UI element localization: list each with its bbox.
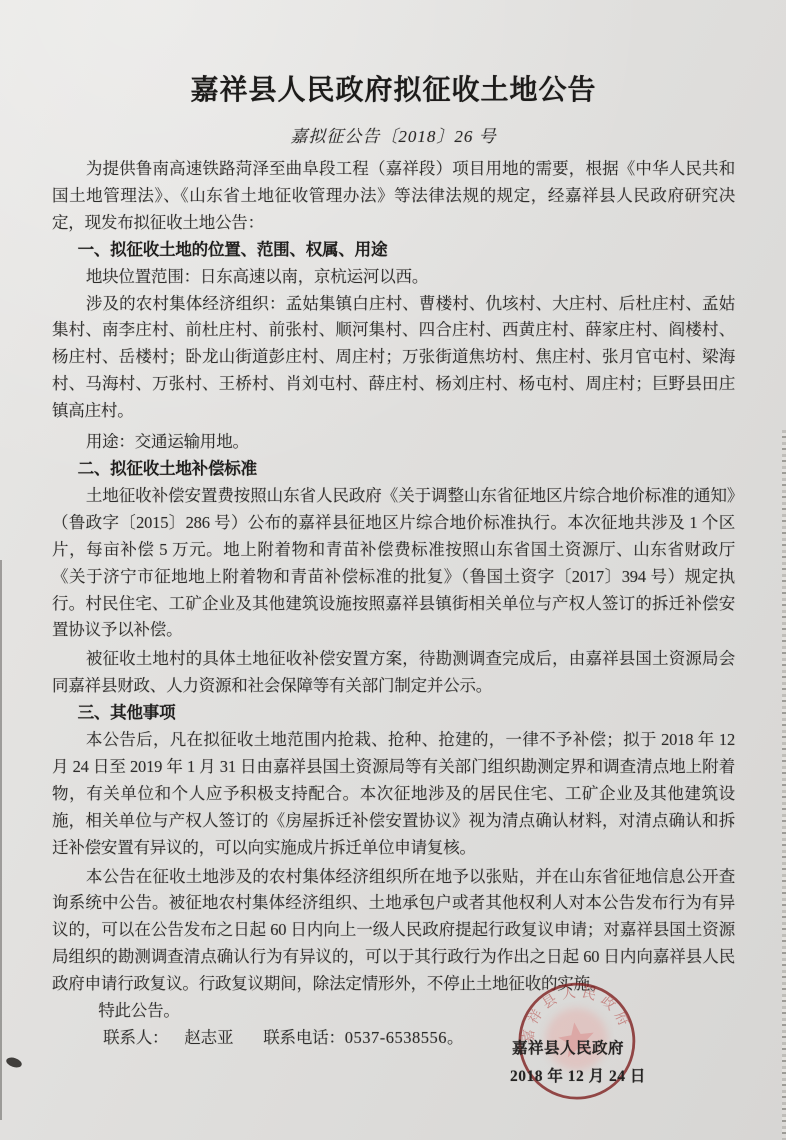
body-text: 为提供鲁南高速铁路菏泽至曲阜段工程（嘉祥段）项目用地的需要，根据《中华人民共和国… xyxy=(52,156,735,1052)
section-2-heading: 二、拟征收土地补偿标准 xyxy=(52,456,735,483)
contact-phone: 0537-6538556。 xyxy=(345,1028,464,1047)
paragraph-land-use: 用途：交通运输用地。 xyxy=(52,429,735,456)
contact-phone-label: 联系电话： xyxy=(263,1028,345,1047)
signature-issuer: 嘉祥县人民政府 xyxy=(512,1036,624,1058)
intro-paragraph: 为提供鲁南高速铁路菏泽至曲阜段工程（嘉祥段）项目用地的需要，根据《中华人民共和国… xyxy=(52,156,735,237)
section-3-heading: 三、其他事项 xyxy=(52,700,735,727)
document-page: 嘉祥县人民政府拟征收土地公告 嘉拟征公告〔2018〕26 号 为提供鲁南高速铁路… xyxy=(0,0,786,1140)
contact-person: 赵志亚 xyxy=(184,1028,233,1047)
document-title: 嘉祥县人民政府拟征收土地公告 xyxy=(52,66,735,108)
document-number: 嘉拟征公告〔2018〕26 号 xyxy=(52,125,735,149)
left-edge-shadow xyxy=(0,560,2,1120)
paragraph-location: 地块位置范围：日东高速以南，京杭运河以西。 xyxy=(52,264,735,291)
signature-date: 2018 年 12 月 24 日 xyxy=(510,1064,646,1086)
right-edge-film-strip xyxy=(782,430,786,1140)
paragraph-villages: 涉及的农村集体经济组织：孟姑集镇白庄村、曹楼村、仇垓村、大庄村、后杜庄村、孟姑集… xyxy=(52,291,735,426)
contact-person-label: 联系人： xyxy=(103,1028,168,1047)
paragraph-compensation-standard: 土地征收补偿安置费按照山东省人民政府《关于调整山东省征地区片综合地价标准的通知》… xyxy=(52,483,735,644)
document-body: 嘉祥县人民政府拟征收土地公告 嘉拟征公告〔2018〕26 号 为提供鲁南高速铁路… xyxy=(52,66,735,1052)
ink-smudge xyxy=(5,1056,23,1070)
section-1-heading: 一、拟征收土地的位置、范围、权属、用途 xyxy=(52,237,735,264)
paragraph-other-matters: 本公告后，凡在拟征收土地范围内抢栽、抢种、抢建的，一律不予补偿；拟于 2018 … xyxy=(52,727,735,862)
paragraph-compensation-scheme: 被征收土地村的具体土地征收补偿安置方案，待勘测调查完成后，由嘉祥县国土资源局会同… xyxy=(52,646,735,700)
